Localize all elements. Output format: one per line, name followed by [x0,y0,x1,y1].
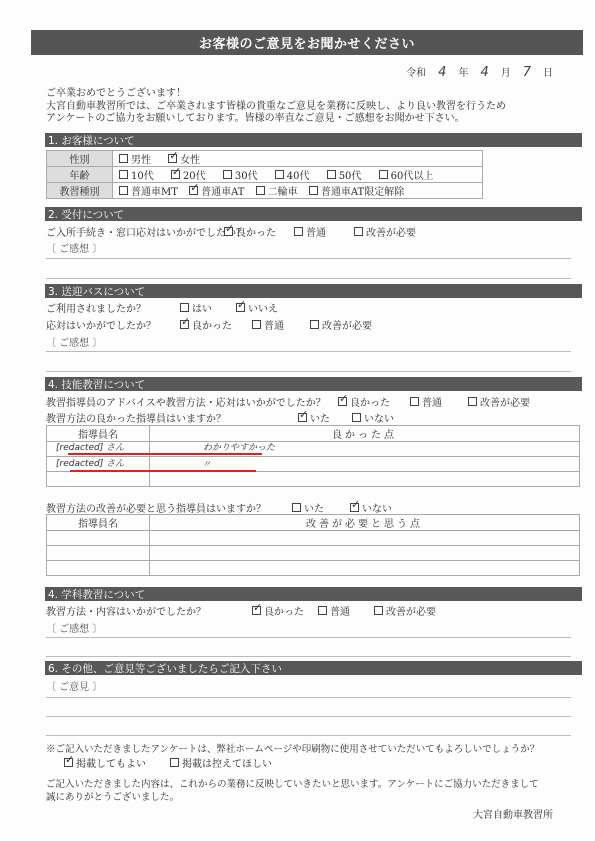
checkbox-icon[interactable] [309,186,318,195]
checked-checkbox-icon[interactable] [168,154,177,163]
option-good[interactable]: 良かった [180,317,252,332]
option-normal[interactable]: 普通 [318,603,374,618]
option-label: いない [364,410,394,425]
checked-checkbox-icon[interactable] [180,320,189,329]
instructor-name-cell[interactable] [47,472,150,487]
option-no[interactable]: いいえ [236,300,278,315]
section-1-heading: 1. お客様について [45,133,582,147]
option-good[interactable]: 良かった [224,224,294,239]
checked-checkbox-icon[interactable] [338,397,347,406]
question-text: 応対はいかがでしたか？ [46,317,180,332]
checkbox-icon[interactable] [119,154,128,163]
customer-info-table: 性別 男性 女性 年齢 10代 20代 30代 40代 50代 60代以上 教習… [46,150,483,199]
option-label: 普通車AT [201,183,244,198]
instructor-name-cell[interactable] [47,546,150,561]
option-label: いた [310,410,330,425]
good-point-cell[interactable] [150,472,580,487]
option-label: いいえ [248,300,278,315]
option-label: 普通 [306,224,326,239]
consent-options: 掲載してもよい 掲載は控えてほしい [64,755,272,770]
gender-options: 男性 女性 [113,151,483,167]
option-label: いた [304,500,324,515]
comment-line[interactable] [46,656,571,657]
option-label: はい [192,300,212,315]
comment-line[interactable] [46,351,571,352]
option-needs-improvement[interactable]: 改善が必要 [468,394,530,409]
option-label: 50代 [339,167,362,182]
bus-service-row: 応対はいかがでしたか？ 良かった 普通 改善が必要 [46,317,372,332]
option-label: 良かった [236,224,276,239]
checkbox-icon[interactable] [252,320,261,329]
option-label: 普通車MT [131,183,178,198]
improvement-point-cell[interactable] [150,546,580,561]
option-label: 10代 [131,167,154,182]
option-label: 普通 [422,394,442,409]
intro-line: アンケートのご協力をお願いしております。皆様の率直なご意見・ご感想をお聞かせ下さ… [46,113,566,126]
improve-instructor-row: 教習方法の改善が必要と思う指導員はいますか？ いた いない [46,500,392,515]
checkbox-icon[interactable] [352,413,361,422]
checkbox-icon[interactable] [223,170,232,179]
option-needs-improvement[interactable]: 改善が必要 [310,317,372,332]
checkbox-icon[interactable] [379,170,388,179]
option-label: 二輪車 [268,183,298,198]
checkbox-icon[interactable] [354,227,363,236]
date-month-unit: 月 [501,64,511,79]
instructor-name-cell[interactable] [47,531,150,546]
checked-checkbox-icon[interactable] [171,170,180,179]
table-row[interactable] [47,546,580,561]
question-text: ご入所手続き・窓口応対はいかがでしたか？ [46,224,224,239]
comment-line[interactable] [46,278,571,279]
option-label: 良かった [264,603,304,618]
option-normal[interactable]: 普通 [294,224,354,239]
option-label: 女性 [180,151,200,166]
closing-line: ご記入いただきました内容は、これからの業務に反映していきたいと思います。アンケー… [46,778,576,791]
handwritten-instructor-name: [redacted] さん [56,440,124,453]
option-mt[interactable]: 普通車MT [119,183,178,198]
instructor-name-cell[interactable] [47,561,150,576]
header-instructor-name: 指導員名 [47,515,150,531]
checkbox-icon[interactable] [327,170,336,179]
instructor-advice-row: 教習指導員のアドバイスや教習方法・応対はいかがでしたか？ 良かった 普通 改善が… [46,394,530,409]
handwritten-good-point: 〃 [202,457,211,470]
good-instructor-row: 教習方法の良かった指導員はいますか？ いた いない [46,410,394,425]
checked-checkbox-icon[interactable] [298,413,307,422]
closing-line: 誠にありがとうございました。 [46,791,576,804]
question-text: 教習方法・内容はいかがでしたか？ [46,603,252,618]
option-allow-publish[interactable]: 掲載してもよい [64,755,170,770]
question-text: 教習指導員のアドバイスや教習方法・応対はいかがでしたか？ [46,394,338,409]
header-improvement-points: 改善が必要と思う点 [150,515,580,531]
option-label: いない [362,500,392,515]
option-female[interactable]: 女性 [168,151,200,166]
improvement-point-cell[interactable] [150,531,580,546]
checked-checkbox-icon[interactable] [64,758,73,767]
checked-checkbox-icon[interactable] [224,227,233,236]
redaction-line [68,453,262,455]
checkbox-icon[interactable] [318,606,327,615]
option-label: 普通車AT限定解除 [321,183,404,198]
checkbox-icon[interactable] [292,503,301,512]
checked-checkbox-icon[interactable] [350,503,359,512]
option-normal[interactable]: 普通 [410,394,468,409]
date-year-value[interactable]: 4 [432,65,452,80]
age-options: 10代 20代 30代 40代 50代 60代以上 [113,167,483,183]
comment-line[interactable] [46,637,571,638]
checkbox-icon[interactable] [275,170,284,179]
comment-label: 〔 ご感想 〕 [46,620,102,635]
option-label: 普通 [264,317,284,332]
option-label: 男性 [131,151,151,166]
option-label: 改善が必要 [386,603,436,618]
date-day-unit: 日 [543,64,553,79]
option-10s[interactable]: 10代 [119,167,154,182]
consent-question: ※ご記入いただきましたアンケートは、弊社ホームページや印刷物に使用させていただい… [46,741,539,755]
course-type-row: 教習種別 普通車MT 普通車AT 二輪車 普通車AT限定解除 [47,183,483,199]
option-good[interactable]: 良かった [252,603,318,618]
checkbox-icon[interactable] [374,606,383,615]
checkbox-icon[interactable] [180,303,189,312]
option-label: 30代 [235,167,258,182]
option-yes[interactable]: はい [180,300,236,315]
option-yes[interactable]: いた [298,410,352,425]
section-2-heading: 2. 受付について [45,207,582,221]
checkbox-icon[interactable] [410,397,419,406]
school-signature: 大宮自動車教習所 [473,806,553,821]
option-at[interactable]: 普通車AT [189,183,244,198]
intro-line: 大宮自動車教習所では、ご卒業されます皆様の貴重なご意見を業務に反映し、より良い教… [46,101,566,114]
option-label: 改善が必要 [322,317,372,332]
option-label: 改善が必要 [480,394,530,409]
section-6-heading: 6. その他、ご意見等ございましたらご記入下さい [45,661,582,675]
intro-text: ご卒業おめでとうございます！ 大宮自動車教習所では、ご卒業されます皆様の貴重なご… [46,88,566,126]
option-label: 掲載してもよい [76,755,146,770]
date-day-value[interactable]: 7 [517,65,537,80]
course-type-options: 普通車MT 普通車AT 二輪車 普通車AT限定解除 [113,183,483,199]
age-row: 年齢 10代 20代 30代 40代 50代 60代以上 [47,167,483,183]
option-normal[interactable]: 普通 [252,317,310,332]
option-label: 改善が必要 [366,224,416,239]
comment-label: 〔 ご感想 〕 [46,334,102,349]
table-row[interactable] [47,472,580,487]
option-yes[interactable]: いた [292,500,350,515]
option-40s[interactable]: 40代 [275,167,310,182]
date-month-value[interactable]: 4 [474,65,494,80]
comment-line[interactable] [46,716,571,717]
comment-line[interactable] [46,258,571,259]
comment-line[interactable] [46,371,571,372]
option-60s-plus[interactable]: 60代以上 [379,167,434,182]
option-needs-improvement[interactable]: 改善が必要 [374,603,436,618]
table-row[interactable] [47,561,580,576]
option-good[interactable]: 良かった [338,394,410,409]
handwritten-good-point: わかりやすかった [203,440,275,453]
option-label: 良かった [350,394,390,409]
option-no[interactable]: いない [352,410,394,425]
checked-checkbox-icon[interactable] [236,303,245,312]
date-year-unit: 年 [458,64,468,79]
checkbox-icon[interactable] [294,227,303,236]
option-50s[interactable]: 50代 [327,167,362,182]
checkbox-icon[interactable] [256,186,265,195]
comment-line[interactable] [46,697,571,698]
question-text: 教習方法の良かった指導員はいますか？ [46,410,298,425]
option-label: 良かった [192,317,232,332]
question-text: 教習方法の改善が必要と思う指導員はいますか？ [46,500,292,515]
section-3-heading: 3. 送迎バスについて [45,284,582,298]
age-label: 年齢 [47,167,113,183]
improvement-point-cell[interactable] [150,561,580,576]
section-5-heading: 4. 学科教習について [45,587,582,601]
table-header: 指導員名 良かった点 [47,426,580,442]
comment-label: 〔 ご感想 〕 [46,240,102,255]
option-label: 掲載は控えてほしい [182,755,272,770]
checked-checkbox-icon[interactable] [189,186,198,195]
intro-line: ご卒業おめでとうございます！ [46,88,566,101]
checkbox-icon[interactable] [468,397,477,406]
redaction-line [70,470,256,472]
good-instructor-table: 指導員名 良かった点 [46,425,580,487]
option-label: 40代 [287,167,310,182]
option-at-limit-removal[interactable]: 普通車AT限定解除 [309,183,404,198]
comment-label: 〔 ご意見 〕 [46,678,102,693]
date-era: 令和 [406,64,426,79]
bus-used-row: ご利用されましたか？ はい いいえ [46,300,278,315]
handwritten-instructor-name: [redacted] さん [56,456,124,469]
option-30s[interactable]: 30代 [223,167,258,182]
option-male[interactable]: 男性 [119,151,151,166]
section-4-heading: 4. 技能教習について [45,377,582,391]
checkbox-icon[interactable] [119,170,128,179]
comment-line[interactable] [46,735,571,736]
checked-checkbox-icon[interactable] [252,606,261,615]
gender-label: 性別 [47,151,113,167]
option-no[interactable]: いない [350,500,392,515]
reception-question-row: ご入所手続き・窓口応対はいかがでしたか？ 良かった 普通 改善が必要 [46,224,416,239]
gender-row: 性別 男性 女性 [47,151,483,167]
closing-text: ご記入いただきました内容は、これからの業務に反映していきたいと思います。アンケー… [46,778,576,804]
table-row[interactable] [47,531,580,546]
option-needs-improvement[interactable]: 改善が必要 [354,224,416,239]
question-text: ご利用されましたか？ [46,300,180,315]
course-type-label: 教習種別 [47,183,113,199]
option-20s[interactable]: 20代 [171,167,206,182]
option-label: 60代以上 [391,167,434,182]
date-field: 令和 4 年 4 月 7 日 [406,64,553,80]
checkbox-icon[interactable] [310,320,319,329]
checkbox-icon[interactable] [119,186,128,195]
option-deny-publish[interactable]: 掲載は控えてほしい [170,755,272,770]
option-motorcycle[interactable]: 二輪車 [256,183,298,198]
checkbox-icon[interactable] [170,758,179,767]
option-label: 普通 [330,603,350,618]
survey-title: お客様のご意見をお聞かせください [31,30,583,55]
table-header: 指導員名 改善が必要と思う点 [47,515,580,531]
classroom-question-row: 教習方法・内容はいかがでしたか？ 良かった 普通 改善が必要 [46,603,436,618]
option-label: 20代 [183,167,206,182]
improve-instructor-table: 指導員名 改善が必要と思う点 [46,514,580,576]
